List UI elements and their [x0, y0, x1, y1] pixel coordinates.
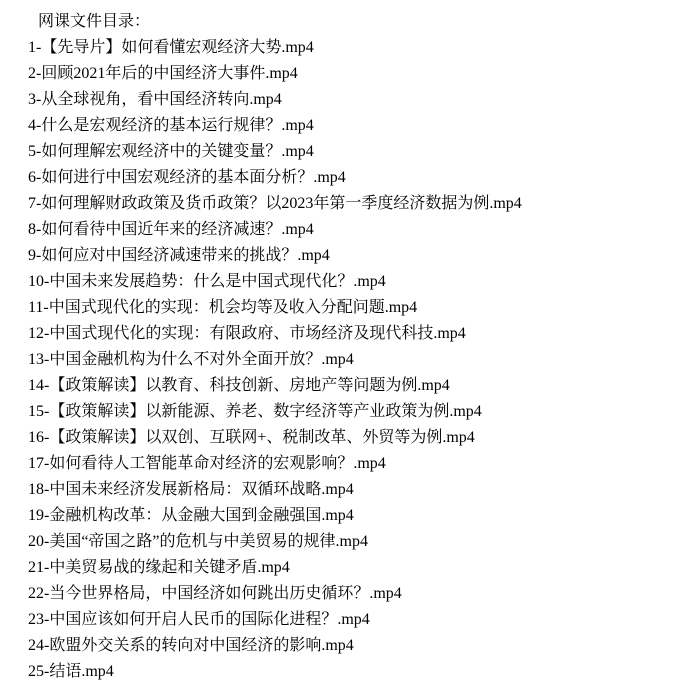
file-list-item: 16-【政策解读】以双创、互联网+、税制改革、外贸等为例.mp4: [28, 425, 670, 451]
file-list-item: 13-中国金融机构为什么不对外全面开放？.mp4: [28, 347, 670, 373]
file-list-item: 3-从全球视角，看中国经济转向.mp4: [28, 87, 670, 113]
file-list-item: 22-当今世界格局，中国经济如何跳出历史循环？.mp4: [28, 581, 670, 607]
file-list-item: 17-如何看待人工智能革命对经济的宏观影响？.mp4: [28, 451, 670, 477]
page-title: 网课文件目录：: [28, 9, 670, 35]
file-list-item: 8-如何看待中国近年来的经济减速？.mp4: [28, 217, 670, 243]
file-list-item: 1-【先导片】如何看懂宏观经济大势.mp4: [28, 35, 670, 61]
file-list-item: 4-什么是宏观经济的基本运行规律？.mp4: [28, 113, 670, 139]
file-list-item: 23-中国应该如何开启人民币的国际化进程？.mp4: [28, 607, 670, 633]
file-list-item: 2-回顾2021年后的中国经济大事件.mp4: [28, 61, 670, 87]
file-list-item: 5-如何理解宏观经济中的关键变量？.mp4: [28, 139, 670, 165]
file-list-item: 12-中国式现代化的实现：有限政府、市场经济及现代科技.mp4: [28, 321, 670, 347]
file-list-item: 6-如何进行中国宏观经济的基本面分析？.mp4: [28, 165, 670, 191]
file-list-item: 25-结语.mp4: [28, 659, 670, 685]
file-list-item: 20-美国“帝国之路”的危机与中美贸易的规律.mp4: [28, 529, 670, 555]
file-list-item: 18-中国未来经济发展新格局：双循环战略.mp4: [28, 477, 670, 503]
file-list-item: 15-【政策解读】以新能源、养老、数字经济等产业政策为例.mp4: [28, 399, 670, 425]
file-list-item: 21-中美贸易战的缘起和关键矛盾.mp4: [28, 555, 670, 581]
file-list-item: 11-中国式现代化的实现：机会均等及收入分配问题.mp4: [28, 295, 670, 321]
file-list-item: 7-如何理解财政政策及货币政策？以2023年第一季度经济数据为例.mp4: [28, 191, 670, 217]
file-list-item: 9-如何应对中国经济减速带来的挑战？.mp4: [28, 243, 670, 269]
course-file-directory: 网课文件目录： 1-【先导片】如何看懂宏观经济大势.mp4 2-回顾2021年后…: [0, 0, 680, 692]
file-list-item: 14-【政策解读】以教育、科技创新、房地产等问题为例.mp4: [28, 373, 670, 399]
file-list-item: 19-金融机构改革：从金融大国到金融强国.mp4: [28, 503, 670, 529]
file-list-item: 24-欧盟外交关系的转向对中国经济的影响.mp4: [28, 633, 670, 659]
file-list-item: 10-中国未来发展趋势：什么是中国式现代化？.mp4: [28, 269, 670, 295]
